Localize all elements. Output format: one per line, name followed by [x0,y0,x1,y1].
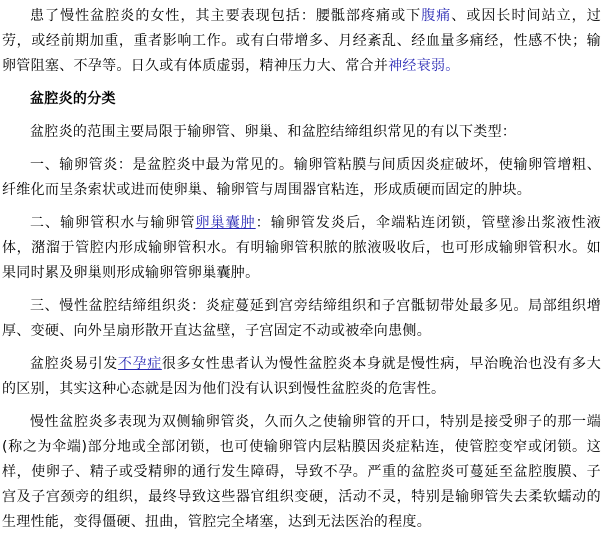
text-run: 二、输卵管积水与输卵管 [30,215,196,231]
section-heading: 盆腔炎的分类 [2,87,601,112]
paragraph: 二、输卵管积水与输卵管卵巢囊肿：输卵管发炎后，伞端粘连闭锁，管壁渗出浆液性液体，… [2,211,601,286]
inline-link[interactable]: 不孕症 [118,356,162,372]
paragraph: 一、输卵管炎：是盆腔炎中最为常见的。输卵管粘膜与间质因炎症破坏，使输卵管增粗、纤… [2,153,601,203]
text-run: 盆腔炎易引发 [30,356,118,372]
text-run: 慢性盆腔炎多表现为双侧输卵管炎，久而久之使输卵管的开口，特别是接受卵子的那一端(… [2,414,601,530]
text-run: 三、慢性盆腔结缔组织炎：炎症蔓延到宫旁结缔组织和子宫骶韧带处最多见。局部组织增厚… [2,298,601,339]
paragraph: 患了慢性盆腔炎的女性，其主要表现包括：腰骶部疼痛或下腹痛、或因长时间站立，过劳，… [2,4,601,79]
inline-link[interactable]: 卵巢囊肿 [196,215,256,231]
inline-link[interactable]: 神经衰弱。 [388,58,460,74]
text-run: 一、输卵管炎：是盆腔炎中最为常见的。输卵管粘膜与间质因炎症破坏，使输卵管增粗、纤… [2,157,601,198]
paragraph: 盆腔炎易引发不孕症很多女性患者认为慢性盆腔炎本身就是慢性病，早治晚治也没有多大的… [2,352,601,402]
paragraph: 慢性盆腔炎多表现为双侧输卵管炎，久而久之使输卵管的开口，特别是接受卵子的那一端(… [2,410,601,535]
text-run: 盆腔炎的分类 [30,91,116,107]
paragraph: 盆腔炎的范围主要局限于输卵管、卵巢、和盆腔结缔组织常见的有以下类型： [2,120,601,145]
text-run: 患了慢性盆腔炎的女性，其主要表现包括：腰骶部疼痛或下 [30,8,421,24]
paragraph: 三、慢性盆腔结缔组织炎：炎症蔓延到宫旁结缔组织和子宫骶韧带处最多见。局部组织增厚… [2,294,601,344]
article-body: 患了慢性盆腔炎的女性，其主要表现包括：腰骶部疼痛或下腹痛、或因长时间站立，过劳，… [0,0,603,535]
inline-link[interactable]: 腹痛 [421,8,451,24]
text-run: 盆腔炎的范围主要局限于输卵管、卵巢、和盆腔结缔组织常见的有以下类型： [30,124,516,140]
